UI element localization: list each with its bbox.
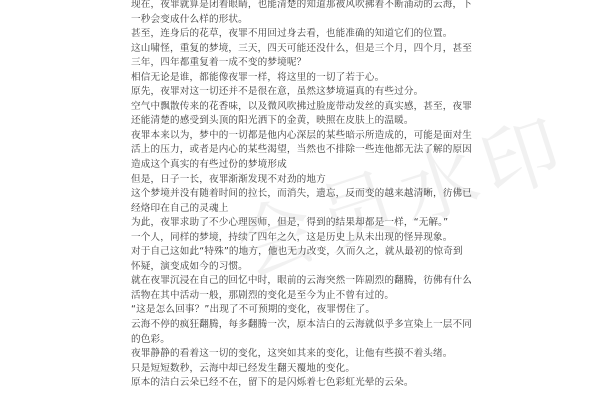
text-line: 经烙印在自己的灵魂上	[131, 202, 481, 217]
text-line: 三年，四年都重复着一成不变的梦境呢？	[131, 56, 481, 71]
text-line: “这是怎么回事？”出现了不可预期的变化，夜罪愣住了。	[131, 303, 481, 318]
text-line: 夜罪本来以为，梦中的一切都是他内心深层的某些暗示所造成的，可能是面对生	[131, 129, 481, 144]
text-line: 夜罪静静的看着这一切的变化，这突如其来的变化，让他有些摸不着头绪。	[131, 347, 481, 362]
text-line: 只是短短数秒，云海中却已经发生翻天覆地的变化。	[131, 362, 481, 377]
text-line: 空气中飘散传来的花香味，以及微风吹拂过脸庞带动发丝的真实感，甚至，夜罪	[131, 100, 481, 115]
text-line: 现在，夜罪就算是闭着眼睛，也能清楚的知道那被风吹拂着不断涌动的云海，下	[131, 0, 481, 13]
text-line: 对于自己这如此“特殊”的地方，他也无力改变，久而久之，就从最初的惊奇到	[131, 245, 481, 260]
text-line: 活物在其中活动一般，那剧烈的变化是至今为止不曾有过的。	[131, 289, 481, 304]
text-line: 为此，夜罪求助了不少心理医师，但是，得到的结果却都是一样，“无解。”	[131, 216, 481, 231]
text-line: 但是，日子一长，夜罪渐渐发现不对劲的地方	[131, 173, 481, 188]
text-line: 怀疑，演变成如今的习惯。	[131, 260, 481, 275]
text-line: 原本的洁白云朵已经不在，留下的是闪烁着七色彩虹光晕的云朵。	[131, 376, 481, 391]
text-line: 甚至，连身后的花草，夜罪不用回过身去看，也能准确的知道它们的位置。	[131, 27, 481, 42]
text-line: 云海不停的疯狂翻腾，每多翻腾一次，原本洁白的云海就似乎多宣染上一层不同	[131, 318, 481, 333]
text-line: 的色彩。	[131, 333, 481, 348]
text-line: 这山啸怪，重复的梦境，三天，四天可能还没什么，但是三个月，四个月，甚至	[131, 42, 481, 57]
text-line: 一秒会变成什么样的形状。	[131, 13, 481, 28]
text-line: 一个人，同样的梦境，持续了四年之久，这是历史上从未出现的怪异现象。	[131, 231, 481, 246]
text-line: 造成这个真实的有些过份的梦境形成	[131, 158, 481, 173]
text-line: 原先，夜罪对这一切还并不是很在意，虽然这梦境逼真的有些过分。	[131, 85, 481, 100]
document-page: 会员水印 现在，夜罪就算是闭着眼睛，也能清楚的知道那被风吹拂着不断涌动的云海，下…	[0, 0, 600, 400]
text-line: 活上的压力，或者是内心的某些渴望，当然也不排除一些连他都无法了解的原因	[131, 143, 481, 158]
text-line: 就在夜罪沉浸在自己的回忆中时，眼前的云海突然一阵剧烈的翻腾，彷佛有什么	[131, 274, 481, 289]
text-line: 相信无论是谁，都能像夜罪一样，将这里的一切了若于心。	[131, 71, 481, 86]
text-line: 这个梦境并没有随着时间的拉长，而消失，遗忘，反而变的越来越清晰，彷佛已	[131, 187, 481, 202]
article-text: 现在，夜罪就算是闭着眼睛，也能清楚的知道那被风吹拂着不断涌动的云海，下 一秒会变…	[131, 0, 481, 391]
text-line: 还能清楚的感受到头顶的阳光洒下的金黄，映照在皮肤上的温暖。	[131, 114, 481, 129]
